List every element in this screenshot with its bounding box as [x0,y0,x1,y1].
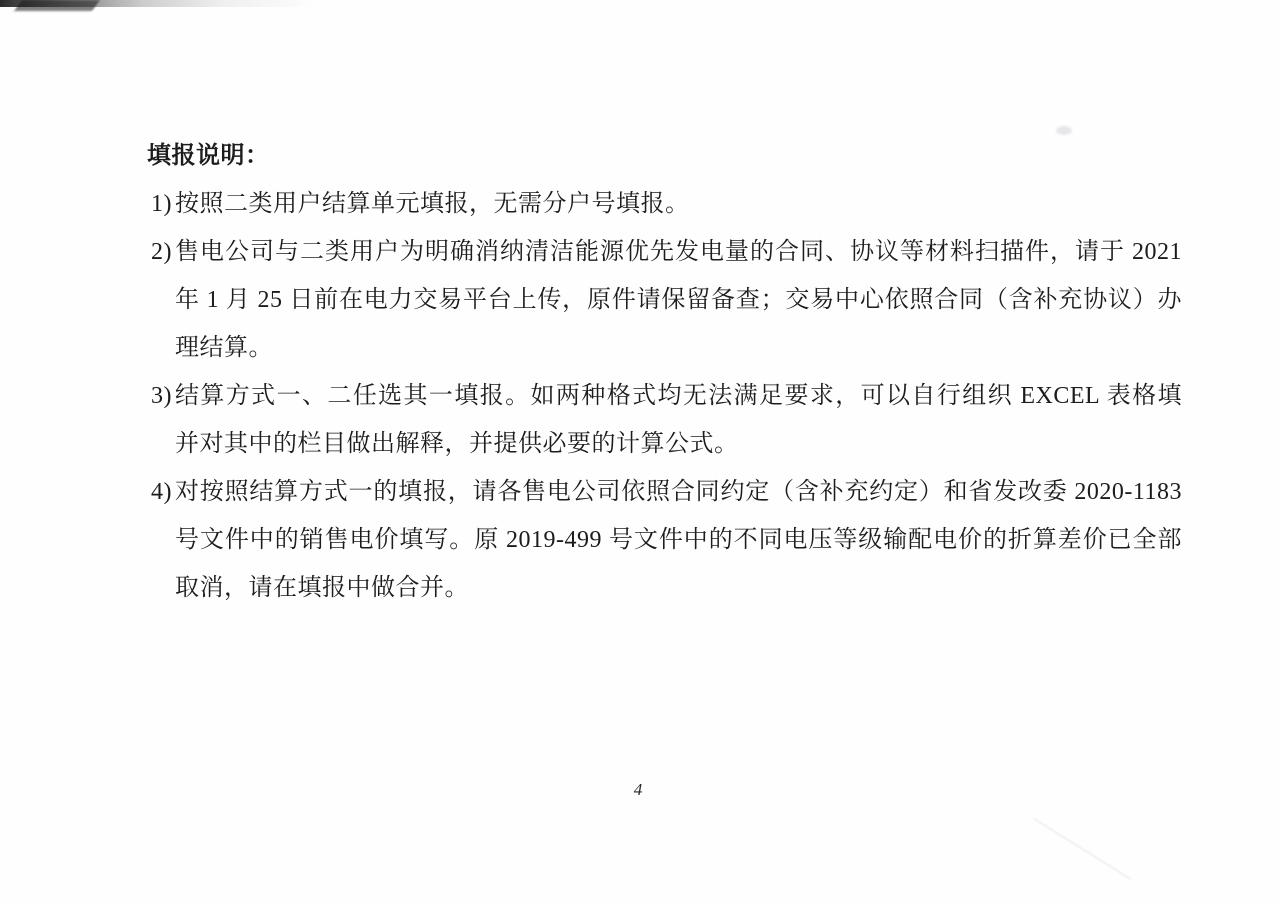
item-marker: 2) [151,228,175,276]
item-line: 理结算。 [175,324,1182,372]
page-number: 4 [622,780,654,800]
item-line: 取消，请在填报中做合并。 [175,564,1182,612]
item-line: 按照二类用户结算单元填报，无需分户号填报。 [175,180,1182,228]
scan-artifact-top-left-blotch [14,0,100,11]
item-marker: 3) [151,372,175,420]
instruction-item-2: 2) 售电公司与二类用户为明确消纳清洁能源优先发电量的合同、协议等材料扫描件，请… [151,228,1182,372]
item-marker: 4) [151,468,175,516]
document-page: 填报说明： 1) 按照二类用户结算单元填报，无需分户号填报。 2) 售电公司与二… [0,0,1280,905]
item-marker: 1) [151,180,175,228]
item-line: 售电公司与二类用户为明确消纳清洁能源优先发电量的合同、协议等材料扫描件，请于 2… [175,228,1182,276]
item-line: 号文件中的销售电价填写。原 2019-499 号文件中的不同电压等级输配电价的折… [175,516,1182,564]
item-line: 结算方式一、二任选其一填报。如两种格式均无法满足要求，可以自行组织 EXCEL … [175,372,1182,420]
item-line: 对按照结算方式一的填报，请各售电公司依照合同约定（含补充约定）和省发改委 202… [175,468,1182,516]
instructions-block: 填报说明： 1) 按照二类用户结算单元填报，无需分户号填报。 2) 售电公司与二… [151,132,1182,612]
instruction-item-4: 4) 对按照结算方式一的填报，请各售电公司依照合同约定（含补充约定）和省发改委 … [151,468,1182,612]
item-line: 年 1 月 25 日前在电力交易平台上传，原件请保留备查；交易中心依照合同（含补… [175,276,1182,324]
item-line: 并对其中的栏目做出解释，并提供必要的计算公式。 [175,420,1182,468]
scan-artifact-bottom-right-streak [1033,818,1132,881]
instruction-item-1: 1) 按照二类用户结算单元填报，无需分户号填报。 [151,180,1182,228]
section-heading: 填报说明： [147,132,1182,180]
instruction-item-3: 3) 结算方式一、二任选其一填报。如两种格式均无法满足要求，可以自行组织 EXC… [151,372,1182,468]
